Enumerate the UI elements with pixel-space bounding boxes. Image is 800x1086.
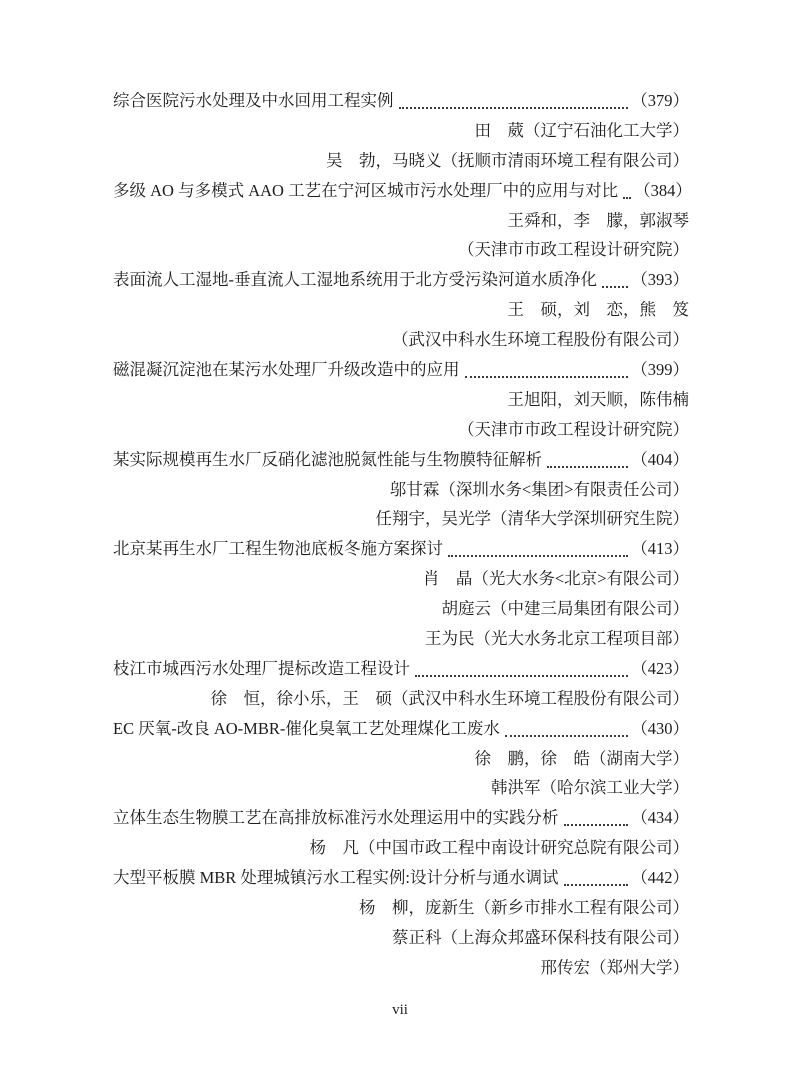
entry-author-line: 王为民（光大水务北京工程项目部） — [113, 624, 689, 654]
toc-entry: 表面流人工湿地-垂直流人工湿地系统用于北方受污染河道水质净化（393）王 硕，刘… — [113, 265, 689, 355]
entry-page-number: （430） — [631, 714, 689, 744]
entry-page-number: （384） — [634, 176, 692, 206]
dot-leader — [465, 376, 629, 378]
entry-title: 磁混凝沉淀池在某污水处理厂升级改造中的应用 — [113, 355, 460, 385]
dot-leader — [602, 286, 628, 288]
entry-title-line: 多级 AO 与多模式 AAO 工艺在宁河区城市污水处理厂中的应用与对比（384） — [113, 176, 689, 206]
dot-leader — [399, 107, 629, 109]
entry-page-number: （434） — [631, 803, 689, 833]
entry-author-line: 韩洪军（哈尔滨工业大学） — [113, 773, 689, 803]
entry-title-line: 某实际规模再生水厂反硝化滤池脱氮性能与生物膜特征解析（404） — [113, 445, 689, 475]
entry-title: EC 厌氧-改良 AO-MBR-催化臭氧工艺处理煤化工废水 — [113, 714, 500, 744]
page-number-footer: vii — [0, 1000, 800, 1020]
dot-leader — [448, 555, 628, 557]
entry-author-line: （天津市市政工程设计研究院） — [113, 235, 689, 265]
toc-entry: 多级 AO 与多模式 AAO 工艺在宁河区城市污水处理厂中的应用与对比（384）… — [113, 176, 689, 266]
entry-page-number: （399） — [631, 355, 689, 385]
entry-title-line: 磁混凝沉淀池在某污水处理厂升级改造中的应用（399） — [113, 355, 689, 385]
entry-author-line: 杨 柳，庞新生（新乡市排水工程有限公司） — [113, 893, 689, 923]
entry-author-line: 任翔宇，吴光学（清华大学深圳研究生院） — [113, 504, 689, 534]
entry-title: 北京某再生水厂工程生物池底板冬施方案探讨 — [113, 534, 443, 564]
entry-author-line: 徐 恒，徐小乐，王 硕（武汉中科水生环境工程股份有限公司） — [113, 684, 689, 714]
entry-page-number: （442） — [631, 863, 689, 893]
entry-page-number: （413） — [631, 534, 689, 564]
toc-entry: 某实际规模再生水厂反硝化滤池脱氮性能与生物膜特征解析（404）邬甘霖（深圳水务<… — [113, 445, 689, 535]
entry-title-line: 表面流人工湿地-垂直流人工湿地系统用于北方受污染河道水质净化（393） — [113, 265, 689, 295]
entry-author-line: 吴 勃，马晓义（抚顺市清雨环境工程有限公司） — [113, 146, 689, 176]
entry-title-line: 大型平板膜 MBR 处理城镇污水工程实例:设计分析与通水调试（442） — [113, 863, 689, 893]
toc-entry: 北京某再生水厂工程生物池底板冬施方案探讨（413）肖 晶（光大水务<北京>有限公… — [113, 534, 689, 654]
entry-title: 立体生态生物膜工艺在高排放标准污水处理运用中的实践分析 — [113, 803, 559, 833]
entry-author-line: 田 葳（辽宁石油化工大学） — [113, 116, 689, 146]
entry-title: 某实际规模再生水厂反硝化滤池脱氮性能与生物膜特征解析 — [113, 445, 542, 475]
toc-entry: 综合医院污水处理及中水回用工程实例（379）田 葳（辽宁石油化工大学）吴 勃，马… — [113, 86, 689, 176]
entry-title: 大型平板膜 MBR 处理城镇污水工程实例:设计分析与通水调试 — [113, 863, 559, 893]
toc-list: 综合医院污水处理及中水回用工程实例（379）田 葳（辽宁石油化工大学）吴 勃，马… — [113, 86, 689, 983]
entry-author-line: 胡庭云（中建三局集团有限公司） — [113, 594, 689, 624]
dot-leader — [564, 884, 629, 886]
toc-entry: EC 厌氧-改良 AO-MBR-催化臭氧工艺处理煤化工废水（430）徐 鹏，徐 … — [113, 714, 689, 804]
entry-title: 综合医院污水处理及中水回用工程实例 — [113, 86, 394, 116]
toc-entry: 枝江市城西污水处理厂提标改造工程设计（423）徐 恒，徐小乐，王 硕（武汉中科水… — [113, 654, 689, 714]
dot-leader — [415, 675, 628, 677]
entry-author-line: 王舜和，李 朦，郭淑琴 — [113, 206, 689, 236]
toc-entry: 磁混凝沉淀池在某污水处理厂升级改造中的应用（399）王旭阳，刘天顺，陈伟楠（天津… — [113, 355, 689, 445]
entry-title: 枝江市城西污水处理厂提标改造工程设计 — [113, 654, 410, 684]
entry-title: 表面流人工湿地-垂直流人工湿地系统用于北方受污染河道水质净化 — [113, 265, 597, 295]
dot-leader — [547, 466, 628, 468]
entry-title-line: 综合医院污水处理及中水回用工程实例（379） — [113, 86, 689, 116]
toc-entry: 立体生态生物膜工艺在高排放标准污水处理运用中的实践分析（434）杨 凡（中国市政… — [113, 803, 689, 863]
entry-author-line: 邢传宏（郑州大学） — [113, 953, 689, 983]
entry-page-number: （423） — [631, 654, 689, 684]
entry-title-line: 立体生态生物膜工艺在高排放标准污水处理运用中的实践分析（434） — [113, 803, 689, 833]
entry-title-line: 枝江市城西污水处理厂提标改造工程设计（423） — [113, 654, 689, 684]
entry-author-line: 邬甘霖（深圳水务<集团>有限责任公司） — [113, 475, 689, 505]
entry-title: 多级 AO 与多模式 AAO 工艺在宁河区城市污水处理厂中的应用与对比 — [113, 176, 618, 206]
entry-title-line: EC 厌氧-改良 AO-MBR-催化臭氧工艺处理煤化工废水（430） — [113, 714, 689, 744]
dot-leader — [623, 197, 631, 199]
dot-leader — [505, 735, 628, 737]
entry-author-line: 蔡正科（上海众邦盛环保科技有限公司） — [113, 923, 689, 953]
entry-author-line: 杨 凡（中国市政工程中南设计研究总院有限公司） — [113, 833, 689, 863]
entry-author-line: 王 硕，刘 恋，熊 笈 — [113, 295, 689, 325]
entry-page-number: （379） — [631, 86, 689, 116]
entry-author-line: 徐 鹏，徐 皓（湖南大学） — [113, 744, 689, 774]
dot-leader — [564, 824, 629, 826]
entry-page-number: （393） — [631, 265, 689, 295]
entry-author-line: 王旭阳，刘天顺，陈伟楠 — [113, 385, 689, 415]
entry-page-number: （404） — [631, 445, 689, 475]
entry-author-line: 肖 晶（光大水务<北京>有限公司） — [113, 564, 689, 594]
entry-author-line: （天津市市政工程设计研究院） — [113, 415, 689, 445]
entry-author-line: （武汉中科水生环境工程股份有限公司） — [113, 325, 689, 355]
toc-entry: 大型平板膜 MBR 处理城镇污水工程实例:设计分析与通水调试（442）杨 柳，庞… — [113, 863, 689, 983]
entry-title-line: 北京某再生水厂工程生物池底板冬施方案探讨（413） — [113, 534, 689, 564]
